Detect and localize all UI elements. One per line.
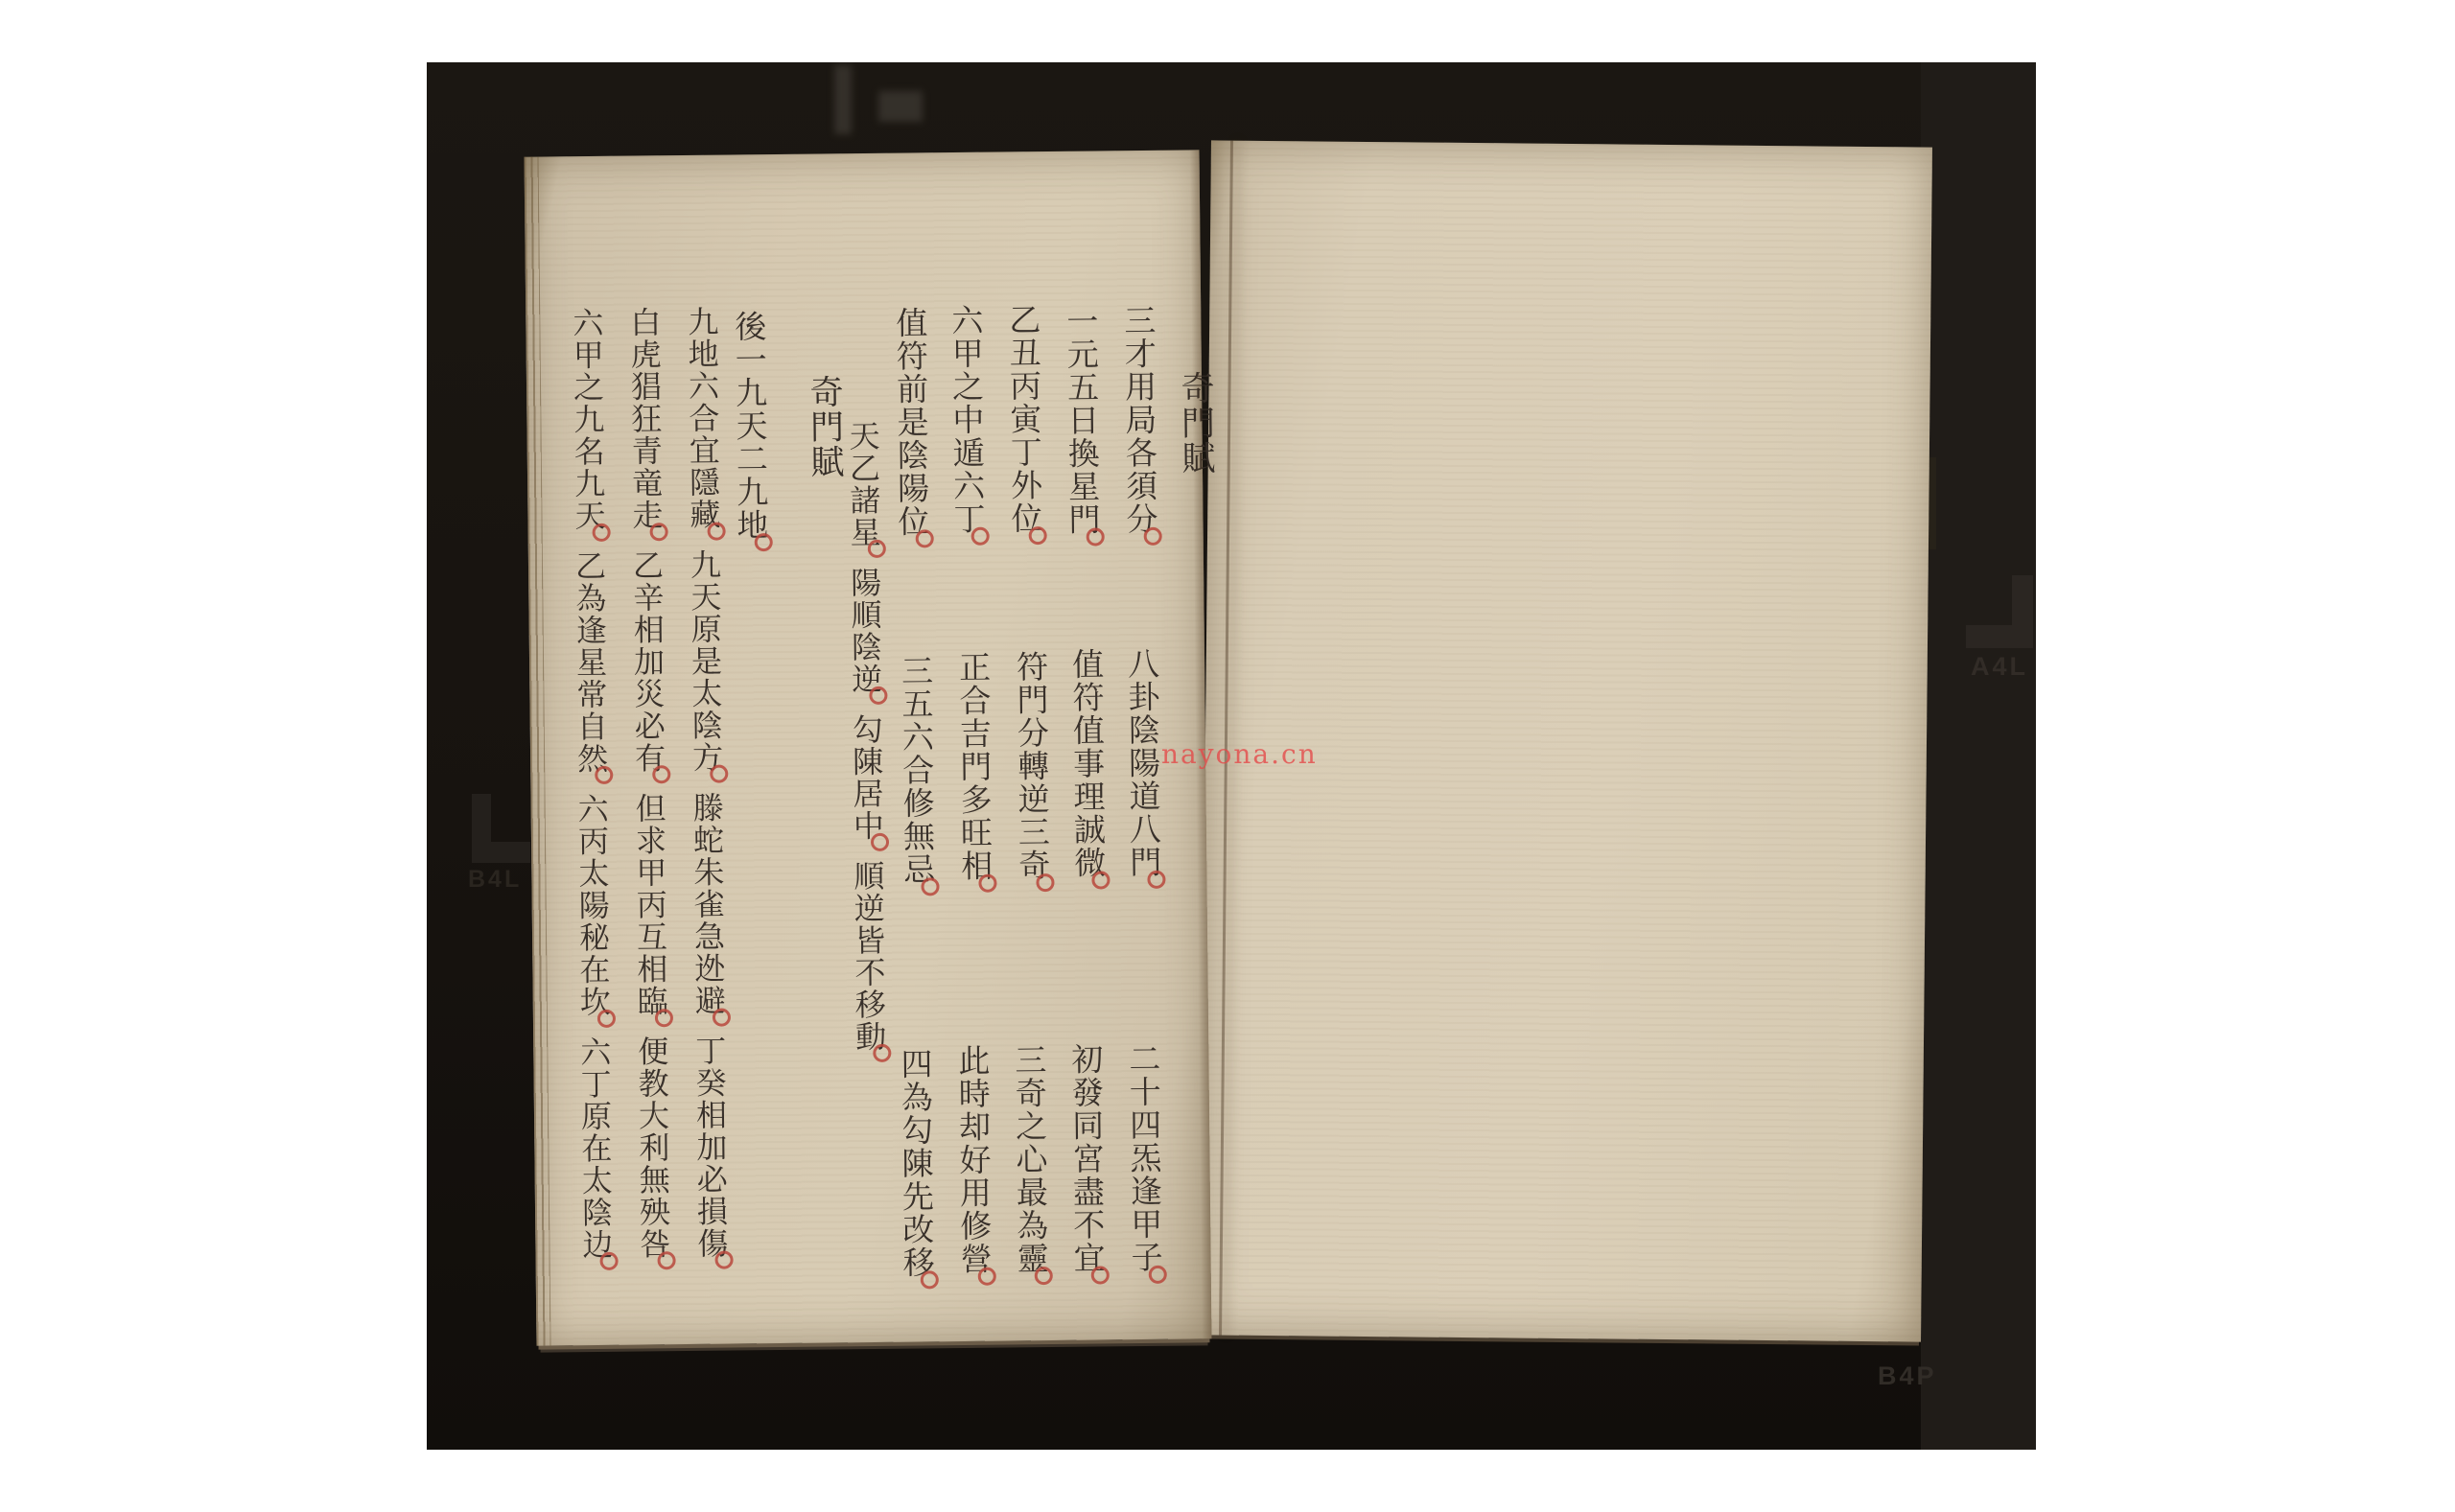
section2-title: 奇門賦 [805, 374, 844, 479]
vermillion-circle [1034, 1267, 1052, 1285]
vermillion-circle [869, 686, 887, 705]
text-column: 六甲之九名九天乙為逢星常自然六丙太陽秘在坎六丁原在太陰边 [567, 307, 616, 1279]
vermillion-circle [657, 1251, 675, 1269]
vermillion-circle [1147, 870, 1165, 888]
photo-background: A4L B4L B4P 奇門賦 三才用局各須分 一元五日換星門 乙丑丙寅丁外位 … [427, 62, 2036, 1450]
vermillion-circle [649, 523, 667, 541]
text-column: 九地六合宜隱藏九天原是太陰方滕蛇朱雀急迯避丁癸相加必損傷 [682, 306, 731, 1278]
text-column: 天乙諸星陽順陰逆勾陳居中順逆皆不移動 [843, 420, 888, 1071]
text-column: 符門分轉逆三奇 [1011, 650, 1052, 900]
bed-label-b4l: B4L [468, 866, 522, 894]
vermillion-circle [710, 765, 728, 783]
text-column: 白虎猖狂青竜走乙辛相加災必有但求甲丙互相臨便教大利無殃咎 [624, 306, 673, 1278]
text-column: 八卦陰陽道八門 [1122, 647, 1163, 897]
vermillion-circle [712, 1008, 730, 1026]
text-column: 後一九天二九地 [729, 310, 770, 560]
vermillion-circle [596, 1009, 615, 1027]
watermark-text: nayona.cn [1161, 738, 1318, 770]
section1-title: 奇門賦 [1176, 370, 1215, 476]
text-column: 六甲之中遁六丁 [946, 304, 987, 554]
light-streak [878, 91, 923, 122]
crop-mark-right [1966, 575, 2033, 648]
vermillion-circle [599, 1252, 618, 1270]
vermillion-circle [1091, 871, 1110, 889]
text-column: 三才用局各須分 [1118, 304, 1159, 554]
vermillion-circle [921, 877, 939, 896]
text-column: 值符值事理誠微 [1066, 647, 1108, 897]
text-column: 乙丑丙寅丁外位 [1003, 303, 1044, 553]
vermillion-circle [915, 529, 933, 547]
vermillion-circle [870, 833, 888, 851]
vermillion-circle [1028, 526, 1046, 545]
vermillion-circle [1036, 872, 1054, 891]
text-column: 正合吉門多旺相 [953, 651, 994, 901]
text-column: 二十四炁逢甲子 [1123, 1042, 1164, 1292]
text-column: 初發同宮盡不宜 [1065, 1042, 1107, 1292]
text-column: 值符前是陰陽位 [890, 306, 931, 556]
vermillion-circle [920, 1270, 938, 1289]
vermillion-circle [873, 1044, 891, 1062]
scanner-bed-panel [1921, 62, 2036, 1450]
text-column: 四為勾陳先改移 [895, 1047, 936, 1297]
vermillion-circle [970, 526, 989, 545]
bed-label-b4p: B4P [1878, 1361, 1937, 1391]
vermillion-circle [867, 540, 885, 558]
vermillion-circle [1090, 1266, 1109, 1284]
vermillion-circle [714, 1251, 733, 1269]
vermillion-circle [654, 1009, 672, 1027]
scan-canvas: A4L B4L B4P 奇門賦 三才用局各須分 一元五日換星門 乙丑丙寅丁外位 … [0, 0, 2455, 1512]
vermillion-circle [978, 873, 996, 892]
vermillion-circle [1143, 526, 1161, 545]
vermillion-circle [977, 1267, 995, 1285]
vermillion-circle [592, 523, 610, 541]
light-streak [834, 65, 852, 134]
vermillion-circle [707, 522, 725, 540]
text-column: 三五六合修無忌 [896, 654, 937, 904]
vermillion-circle [1086, 527, 1104, 546]
crop-mark-left [472, 794, 530, 863]
page-left-manuscript: 奇門賦 三才用局各須分 一元五日換星門 乙丑丙寅丁外位 六甲之中遁六丁 值符前是… [525, 150, 1212, 1345]
vermillion-circle [1148, 1265, 1166, 1283]
vermillion-circle [595, 766, 613, 784]
bed-label-a4l: A4L [1971, 652, 2028, 682]
vermillion-circle [652, 765, 670, 783]
text-column: 一元五日換星門 [1061, 304, 1102, 554]
text-column: 此時却好用修營 [952, 1044, 994, 1294]
vermillion-circle [754, 533, 772, 551]
text-column: 三奇之心最為靈 [1009, 1043, 1050, 1293]
